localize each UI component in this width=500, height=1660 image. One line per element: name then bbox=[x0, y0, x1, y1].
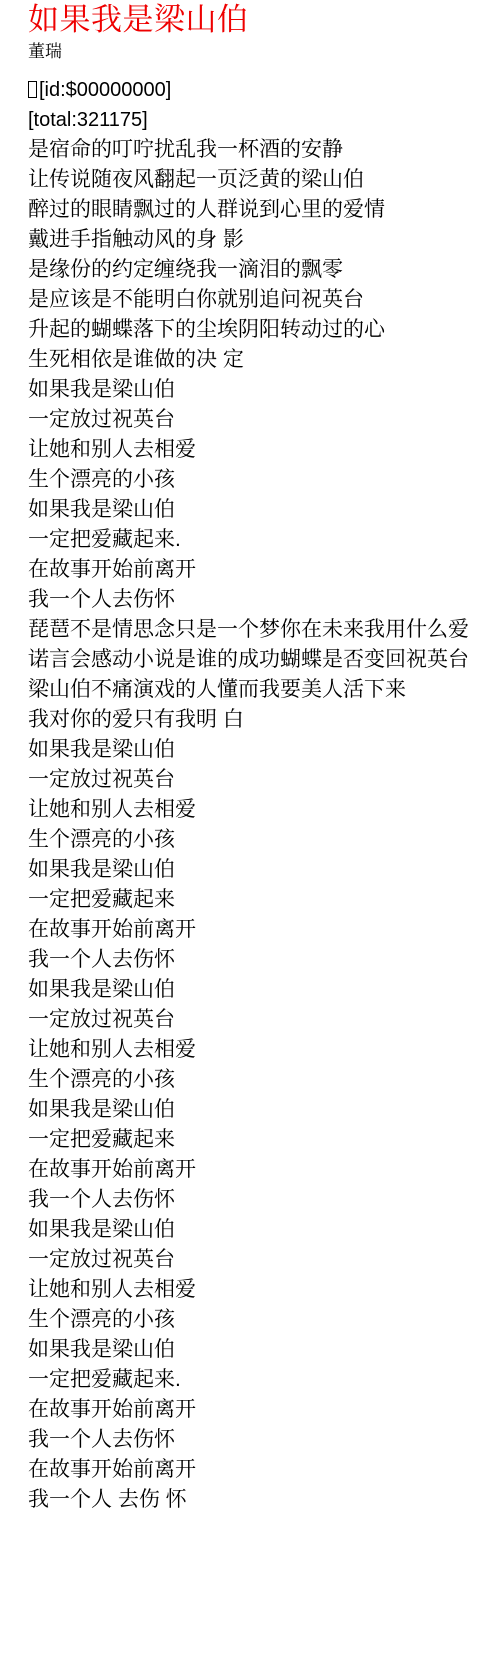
lyric-line: 如果我是梁山伯 bbox=[28, 495, 484, 525]
lyric-line: 生个漂亮的小孩 bbox=[28, 825, 484, 855]
lyric-line: 如果我是梁山伯 bbox=[28, 1095, 484, 1125]
song-title: 如果我是梁山伯 bbox=[28, 2, 484, 38]
lyric-line: 生死相依是谁做的决 定 bbox=[28, 345, 484, 375]
missing-glyph-icon bbox=[28, 81, 37, 98]
lyric-line: 一定放过祝英台 bbox=[28, 765, 484, 795]
lyric-line: 梁山伯不痛演戏的人懂而我要美人活下来 bbox=[28, 675, 484, 705]
lyric-line: 让传说随夜风翻起一页泛黄的梁山伯 bbox=[28, 165, 484, 195]
lyric-line: 一定放过祝英台 bbox=[28, 405, 484, 435]
lyric-line: 一定放过祝英台 bbox=[28, 1245, 484, 1275]
lyric-line: 戴进手指触动风的身 影 bbox=[28, 225, 484, 255]
lyric-line: 我一个人去伤怀 bbox=[28, 1185, 484, 1215]
lyric-line: 琵琶不是情思念只是一个梦你在未来我用什么爱 bbox=[28, 615, 484, 645]
meta-total-line: [total:321175] bbox=[28, 105, 484, 135]
lyric-line: 我一个人 去伤 怀 bbox=[28, 1485, 484, 1515]
meta-id-text: [id:$00000000] bbox=[39, 79, 171, 101]
lyric-line: 如果我是梁山伯 bbox=[28, 1215, 484, 1245]
lyric-line: 我一个人去伤怀 bbox=[28, 585, 484, 615]
lyric-line: 让她和别人去相爱 bbox=[28, 435, 484, 465]
lyric-line: 一定放过祝英台 bbox=[28, 1005, 484, 1035]
lyric-line: 如果我是梁山伯 bbox=[28, 975, 484, 1005]
lyric-line: 我对你的爱只有我明 白 bbox=[28, 705, 484, 735]
lyrics-container: 是宿命的叮咛扰乱我一杯酒的安静让传说随夜风翻起一页泛黄的梁山伯醉过的眼睛飘过的人… bbox=[28, 135, 484, 1515]
lyric-line: 升起的蝴蝶落下的尘埃阴阳转动过的心 bbox=[28, 315, 484, 345]
lyric-line: 是应该是不能明白你就别追问祝英台 bbox=[28, 285, 484, 315]
lyric-line: 在故事开始前离开 bbox=[28, 1455, 484, 1485]
lyric-line: 如果我是梁山伯 bbox=[28, 1335, 484, 1365]
lyric-line: 一定把爱藏起来 bbox=[28, 885, 484, 915]
meta-block: [id:$00000000] [total:321175] bbox=[28, 75, 484, 135]
lyric-line: 让她和别人去相爱 bbox=[28, 1035, 484, 1065]
lyric-line: 如果我是梁山伯 bbox=[28, 375, 484, 405]
meta-id-line: [id:$00000000] bbox=[28, 75, 484, 105]
lyric-line: 在故事开始前离开 bbox=[28, 555, 484, 585]
lyric-line: 我一个人去伤怀 bbox=[28, 1425, 484, 1455]
lyrics-page: 如果我是梁山伯 董瑞 [id:$00000000] [total:321175]… bbox=[0, 0, 500, 1515]
lyric-line: 生个漂亮的小孩 bbox=[28, 1065, 484, 1095]
lyric-line: 是宿命的叮咛扰乱我一杯酒的安静 bbox=[28, 135, 484, 165]
lyric-line: 在故事开始前离开 bbox=[28, 915, 484, 945]
lyric-line: 在故事开始前离开 bbox=[28, 1155, 484, 1185]
lyric-line: 如果我是梁山伯 bbox=[28, 855, 484, 885]
lyric-line: 一定把爱藏起来. bbox=[28, 525, 484, 555]
lyric-line: 生个漂亮的小孩 bbox=[28, 1305, 484, 1335]
lyric-line: 一定把爱藏起来. bbox=[28, 1365, 484, 1395]
artist-name: 董瑞 bbox=[28, 43, 484, 62]
lyric-line: 让她和别人去相爱 bbox=[28, 795, 484, 825]
lyric-line: 诺言会感动小说是谁的成功蝴蝶是否变回祝英台 bbox=[28, 645, 484, 675]
lyric-line: 在故事开始前离开 bbox=[28, 1395, 484, 1425]
lyric-line: 让她和别人去相爱 bbox=[28, 1275, 484, 1305]
lyric-line: 如果我是梁山伯 bbox=[28, 735, 484, 765]
lyric-line: 我一个人去伤怀 bbox=[28, 945, 484, 975]
lyric-line: 醉过的眼睛飘过的人群说到心里的爱情 bbox=[28, 195, 484, 225]
lyric-line: 生个漂亮的小孩 bbox=[28, 465, 484, 495]
lyric-line: 一定把爱藏起来 bbox=[28, 1125, 484, 1155]
lyric-line: 是缘份的约定缠绕我一滴泪的飘零 bbox=[28, 255, 484, 285]
